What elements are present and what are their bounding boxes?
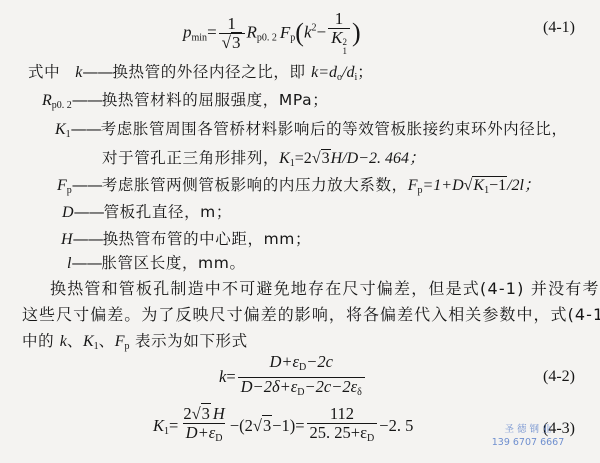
equation-4-1: pmin=1√3Rp0. 2Fp(k2−1K21)	[183, 10, 361, 56]
eq-lhs: p	[183, 23, 192, 42]
equation-label-4-1: (4-1)	[543, 19, 575, 37]
paragraph-line-3: 中的 k、K1、Fp 表示为如下形式	[22, 331, 248, 357]
definition-k1: K1——考虑胀管周围各管桥材料影响后的等效管板胀接约束环外内径比，	[55, 119, 568, 145]
intro-label: 式中	[28, 63, 60, 81]
definition-fp: Fp——考虑胀管两侧管板影响的内压力放大系数，Fp=1+D√K1−1/2l；	[57, 175, 540, 201]
paragraph-line-2: 这些尺寸偏差。为了反映尺寸偏差的影响，将各偏差代入相关参数中，式(4-1)	[22, 305, 600, 325]
sqrt-symbol: √3	[222, 34, 242, 52]
sqrt-symbol: √K1−1	[464, 176, 507, 201]
sqrt-symbol: √3	[312, 149, 331, 169]
definition-k: 式中 k——换热管的外径内径之比，即 k=do/di；	[28, 62, 373, 88]
definition-h: H——换热管布管的中心距，mm；	[61, 229, 311, 250]
definition-l: l——胀管区长度，mm。	[67, 253, 246, 274]
sqrt-symbol: √3	[253, 416, 272, 436]
fraction-one-over-sqrt3: 1√3	[219, 15, 245, 52]
equation-4-2: k=D+εD−2cD−2δ+εD−2c−2εδ	[219, 353, 367, 402]
equation-4-3: K1=2√3HD+εD−(2√3−1)=11225. 25+εD−2. 5	[153, 405, 413, 448]
equation-label-4-2: (4-2)	[543, 368, 575, 386]
definition-k1-continuation: 对于管孔正三角形排列，K1=2√3H/D−2. 464；	[102, 148, 425, 174]
watermark: 圣 德 钢 业 139 6707 6667	[482, 423, 574, 449]
definition-d: D——管板孔直径，m；	[62, 202, 232, 223]
watermark-company: 圣 德 钢 业	[482, 423, 574, 436]
watermark-phone: 139 6707 6667	[482, 436, 574, 449]
paragraph-line-1: 换热管和管板孔制造中不可避免地存在尺寸偏差，但是式(4-1) 并没有考虑	[50, 279, 600, 299]
sqrt-symbol: √3	[192, 405, 211, 423]
definition-rp02: Rp0. 2——换热管材料的屈服强度，MPa；	[42, 90, 328, 116]
